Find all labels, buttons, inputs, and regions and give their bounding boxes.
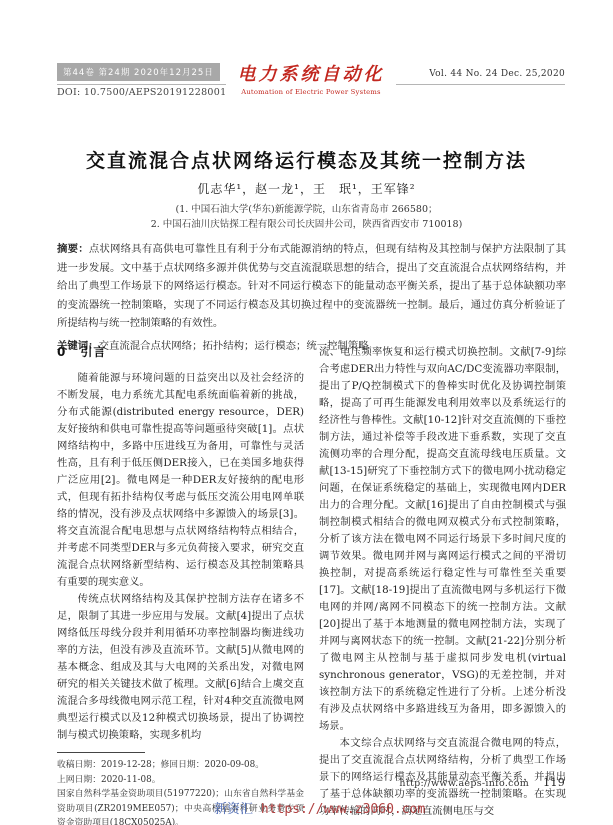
header-rule-left (57, 84, 232, 85)
journal-header: 第44卷 第24期 2020年12月25日 DOI: 10.7500/AEPS2… (57, 60, 565, 106)
section-title: 引言 (80, 345, 106, 359)
affiliation-line-1: (1. 中国石油大学(华东)新能源学院，山东省青岛市 266580； (0, 201, 613, 215)
watermark-site-url: https://www.z3060.com (261, 802, 425, 817)
journal-logo-chinese: 电力系统自动化 (226, 60, 396, 86)
section-heading: 0引言 (57, 344, 304, 361)
body-paragraph: 传统点状网络结构及其保护控制方法存在诸多不足，限制了其进一步应用与发展。文献[4… (57, 591, 304, 744)
abstract-text: 点状网络具有高供电可靠性且有利于分布式能源消纳的特点，但现有结构及其控制与保护方… (57, 243, 566, 329)
journal-logo-english: Automation of Electric Power Systems (226, 88, 396, 96)
abstract-label: 摘要： (57, 243, 89, 255)
page-title: 交直流混合点状网络运行模态及其统一控制方法 (0, 146, 613, 173)
abstract-block: 摘要：点状网络具有高供电可靠性且有利于分布式能源消纳的特点，但现有结构及其控制与… (57, 240, 566, 355)
right-column: 流、电压频率恢复和运行模式切换控制。文献[7-9]综合考虑DER出力特性与双向A… (319, 344, 566, 825)
volume-issue-box: 第44卷 第24期 2020年12月25日 (57, 63, 220, 81)
page-number: 119 (543, 776, 565, 789)
left-column: 0引言 随着能源与环境问题的日益突出以及社会经济的不断发展，电力系统尤其配电系统… (57, 344, 304, 825)
footnote-rule (57, 752, 145, 753)
page-footer: http://www.aeps-info.com119 (399, 776, 565, 789)
body-paragraph: 随着能源与环境问题的日益突出以及社会经济的不断发展，电力系统尤其配电系统面临着新… (57, 370, 304, 591)
abstract-paragraph: 摘要：点状网络具有高供电可靠性且有利于分布式能源消纳的特点，但现有结构及其控制与… (57, 240, 566, 333)
footnote-online-date: 上网日期：2020-11-08。 (57, 773, 304, 788)
section-number: 0 (57, 345, 66, 359)
paper-page: 第44卷 第24期 2020年12月25日 DOI: 10.7500/AEPS2… (0, 0, 613, 825)
journal-url: http://www.aeps-info.com (399, 778, 529, 789)
watermark: 新资汇 https://www.z3060.com (214, 798, 425, 817)
journal-logo: 电力系统自动化 Automation of Electric Power Sys… (226, 60, 396, 96)
body-paragraph: 流、电压频率恢复和运行模式切换控制。文献[7-9]综合考虑DER出力特性与双向A… (319, 344, 566, 735)
watermark-site-name: 新资汇 (214, 802, 253, 817)
footnote-received-date: 收稿日期：2019-12-28；修回日期：2020-09-08。 (57, 758, 304, 773)
author-line: 仉志华¹，赵一龙¹，王 珉¹，王军锋² (0, 180, 613, 197)
body-columns: 0引言 随着能源与环境问题的日益突出以及社会经济的不断发展，电力系统尤其配电系统… (57, 344, 566, 825)
affiliation-line-2: 2. 中国石油川庆钻探工程有限公司长庆固井公司，陕西省西安市 710018) (0, 216, 613, 230)
header-rule-right (390, 84, 565, 85)
volume-issue-english: Vol. 44 No. 24 Dec. 25,2020 (429, 69, 565, 79)
